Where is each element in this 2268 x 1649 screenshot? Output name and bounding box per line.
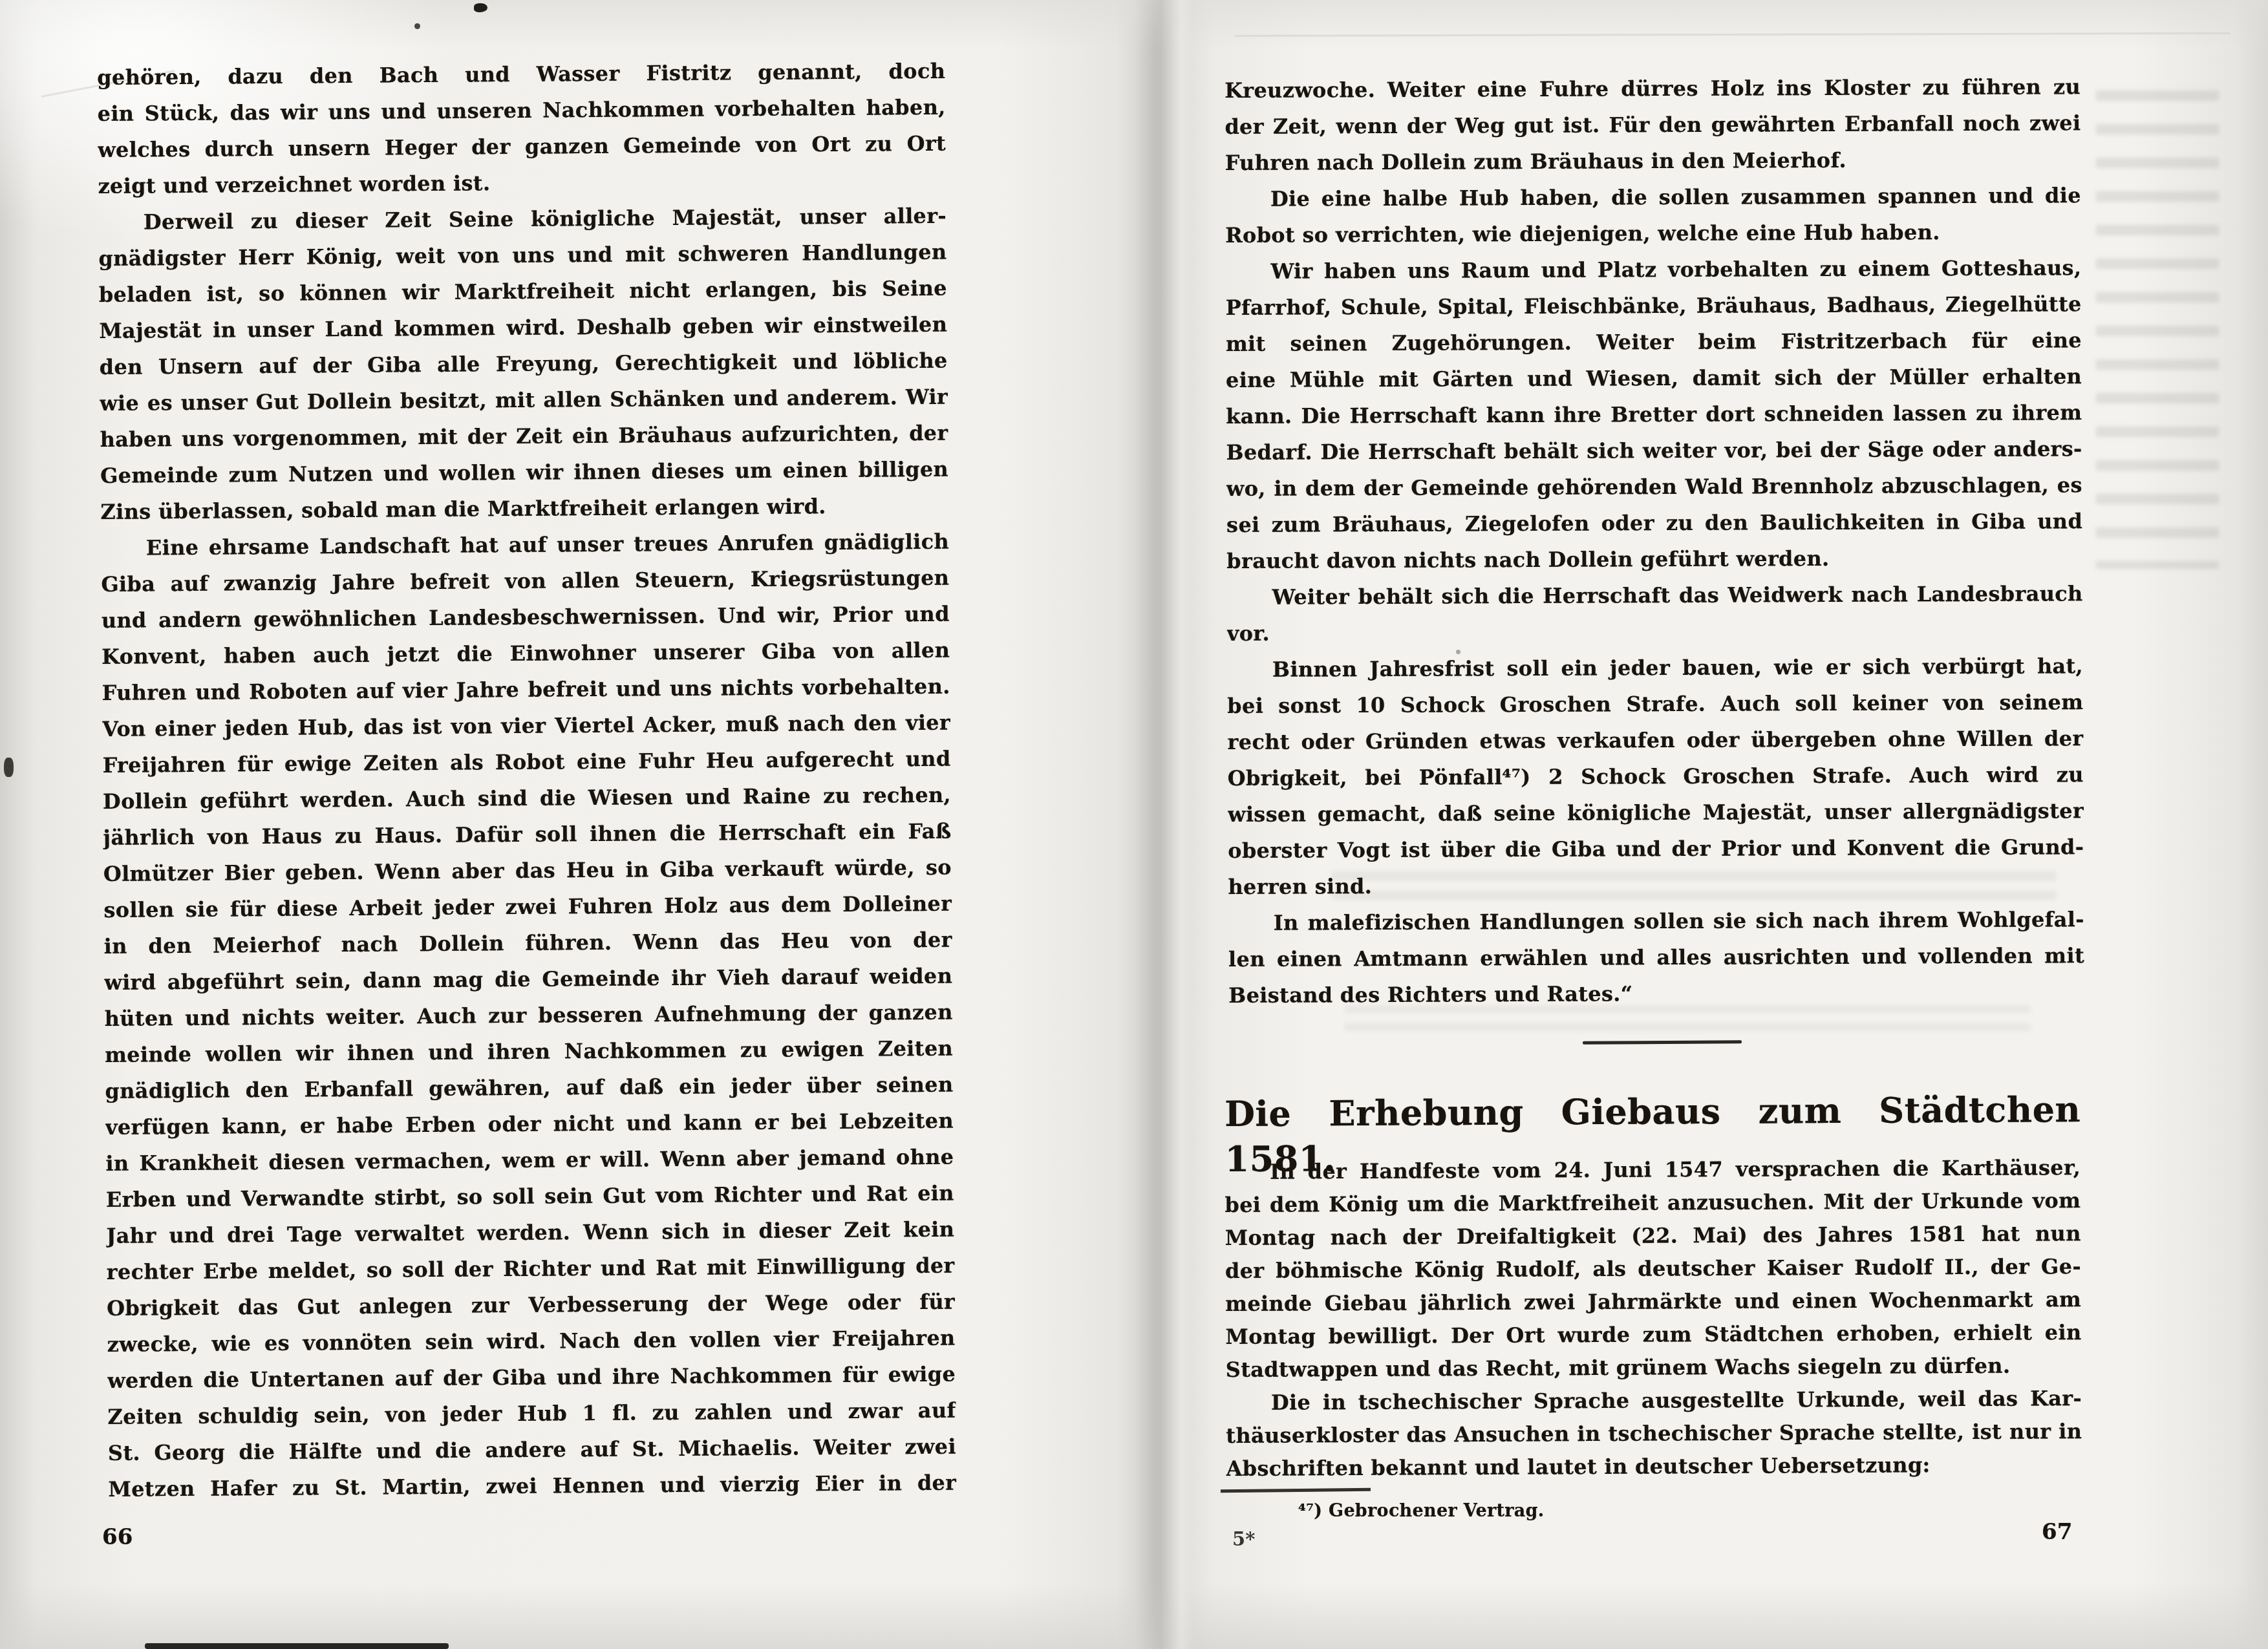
text-line: Wir haben uns Raum und Platz vorbehalten… — [1225, 250, 2081, 290]
right-page-section-text: In der Handfeste vom 24. Juni 1547 versp… — [1225, 1151, 2082, 1485]
text-line: mit seinen Zugehörungen. Weiter beim Fis… — [1226, 322, 2082, 362]
paragraph: Binnen Jahresfrist soll ein jeder bauen,… — [1227, 648, 2084, 905]
text-line: rechter Erbe meldet, so soll der Richter… — [107, 1248, 955, 1290]
text-line: welches durch unsern Heger der ganzen Ge… — [98, 125, 946, 168]
text-line: haben uns vorgenommen, mit der Zeit ein … — [100, 415, 948, 458]
book-scan: gehören, dazu den Bach und Wasser Fistri… — [0, 0, 2268, 1649]
section-divider-rule — [1583, 1040, 1742, 1045]
text-line: Beistand des Richters und Rates.“ — [1228, 973, 2084, 1014]
text-line: Bedarf. Die Herrschaft behält sich weite… — [1226, 431, 2082, 471]
text-line: vor. — [1227, 612, 2083, 652]
text-line: Giba auf zwanzig Jahre befreit von allen… — [101, 560, 949, 602]
text-line: wie es unser Gut Dollein besitzt, mit al… — [100, 379, 948, 421]
text-line: gnädiglich den Erbanfall gewähren, auf d… — [105, 1067, 953, 1109]
text-line: Metzen Hafer zu St. Martin, zwei Hennen … — [108, 1465, 956, 1507]
text-line: wissen gemacht, daß seine königliche Maj… — [1228, 793, 2084, 833]
text-line: St. Georg die Hälfte und die andere auf … — [108, 1429, 956, 1471]
ink-speck — [474, 3, 487, 12]
ink-speck — [4, 758, 14, 777]
text-line: Binnen Jahresfrist soll ein jeder bauen,… — [1227, 648, 2083, 688]
text-line: jährlich von Haus zu Haus. Dafür soll ih… — [103, 813, 951, 856]
text-line: In der Handfeste vom 24. Juni 1547 versp… — [1225, 1151, 2081, 1189]
page-fold-shadow — [1135, 0, 1193, 1649]
text-line: Die in tschechischer Sprache ausgestellt… — [1226, 1382, 2082, 1420]
text-line: Obrigkeit das Gut anlegen zur Verbesseru… — [107, 1284, 955, 1326]
text-line: In malefizischen Handlungen sollen sie s… — [1228, 901, 2084, 941]
text-line: beladen ist, so können wir Marktfreiheit… — [99, 270, 947, 313]
text-line: in Krankheit diesen vermachen, wem er wi… — [105, 1139, 954, 1182]
text-line: den Unsern auf der Giba alle Freyung, Ge… — [100, 343, 948, 385]
footnote: ⁴⁷) Gebrochener Vertrag. — [1298, 1501, 1544, 1521]
paragraph: gehören, dazu den Bach und Wasser Fistri… — [97, 53, 947, 204]
text-line: Zeiten schuldig sein, von jeder Hub 1 fl… — [107, 1392, 956, 1435]
text-line: Montag bewilligt. Der Ort wurde zum Städ… — [1225, 1316, 2081, 1354]
text-line: verfügen kann, er habe Erben oder nicht … — [105, 1103, 954, 1145]
paragraph: Wir haben uns Raum und Platz vorbehalten… — [1225, 250, 2082, 579]
text-line: Pfarrhof, Schule, Spital, Fleischbänke, … — [1225, 286, 2081, 326]
text-line: Weiter behält sich die Herrschaft das We… — [1226, 575, 2082, 615]
text-line: Die eine halbe Hub haben, die sollen zus… — [1225, 177, 2081, 217]
right-page-body-text: Kreuzwoche. Weiter eine Fuhre dürres Hol… — [1225, 69, 2084, 1014]
paragraph: In der Handfeste vom 24. Juni 1547 versp… — [1225, 1151, 2082, 1387]
text-line: in den Meierhof nach Dollein führen. Wen… — [104, 922, 952, 964]
text-line: zwecke, wie es vonnöten sein wird. Nach … — [107, 1320, 955, 1363]
text-line: Eine ehrsame Landschaft hat auf unser tr… — [101, 524, 949, 566]
text-line: Montag nach der Dreifaltigkeit (22. Mai)… — [1225, 1217, 2081, 1255]
text-line: thäuserkloster das Ansuchen in tschechis… — [1226, 1415, 2082, 1452]
scan-streak — [1235, 32, 2231, 37]
text-line: gnädigster Herr König, weit von uns und … — [98, 234, 947, 277]
text-line: recht oder Gründen etwas verkaufen oder … — [1227, 720, 2083, 760]
text-line: meinde wollen wir ihnen und ihren Nachko… — [105, 1030, 953, 1073]
text-line: oberster Vogt ist über die Giba und der … — [1228, 829, 2084, 869]
text-line: ein Stück, das wir uns und unseren Nachk… — [97, 89, 945, 132]
text-line: Gemeinde zum Nutzen und wollen wir ihnen… — [100, 451, 948, 494]
text-line: sollen sie für diese Arbeit jeder zwei F… — [103, 886, 952, 928]
text-line: Von einer jeden Hub, das ist von vier Vi… — [102, 705, 950, 747]
text-line: Majestät in unser Land kommen wird. Desh… — [99, 306, 947, 349]
paragraph: Die in tschechischer Sprache ausgestellt… — [1226, 1382, 2082, 1485]
paragraph: Die eine halbe Hub haben, die sollen zus… — [1225, 177, 2081, 253]
paragraph: Kreuzwoche. Weiter eine Fuhre dürres Hol… — [1225, 69, 2081, 181]
paragraph: Derweil zu dieser Zeit Seine königliche … — [98, 198, 949, 530]
paragraph: Eine ehrsame Landschaft hat auf unser tr… — [101, 524, 957, 1507]
ink-bleedthrough — [2096, 90, 2219, 569]
text-line: kann. Die Herrschaft kann ihre Bretter d… — [1226, 394, 2082, 434]
text-line: Robot so verrichten, wie diejenigen, wel… — [1225, 213, 2081, 253]
text-line: wird abgeführt sein, dann mag die Gemein… — [104, 958, 952, 1001]
text-line: und andern gewöhnlichen Landesbeschwerni… — [102, 596, 950, 639]
printer-signature-mark: 5* — [1232, 1528, 1255, 1550]
text-line: braucht davon nichts nach Dollein geführ… — [1226, 539, 2082, 579]
text-line: Konvent, haben auch jetzt die Einwohner … — [102, 632, 950, 675]
text-line: hüten und nichts weiter. Auch zur besser… — [104, 994, 952, 1037]
text-line: Olmützer Bier geben. Wenn aber das Heu i… — [103, 849, 952, 892]
text-line: eine Mühle mit Gärten und Wiesen, damit … — [1226, 358, 2082, 398]
text-line: bei dem König um die Marktfreiheit anzus… — [1225, 1184, 2081, 1222]
text-line: Kreuzwoche. Weiter eine Fuhre dürres Hol… — [1225, 69, 2081, 109]
text-line: meinde Giebau jährlich zwei Jahrmärkte u… — [1225, 1283, 2081, 1321]
text-line: Jahr und drei Tage verwaltet werden. Wen… — [106, 1211, 954, 1254]
text-line: herren sind. — [1228, 865, 2084, 905]
scan-edge-mark — [145, 1643, 449, 1649]
right-page-number: 67 — [2042, 1519, 2072, 1545]
text-line: Obrigkeit, bei Pönfall⁴⁷) 2 Schock Grosc… — [1228, 756, 2084, 796]
text-line: sei zum Bräuhaus, Ziegelofen oder zu den… — [1226, 503, 2082, 543]
text-line: zeigt und verzeichnet worden ist. — [98, 162, 946, 204]
paragraph: In malefizischen Handlungen sollen sie s… — [1228, 901, 2085, 1014]
text-line: Fuhren nach Dollein zum Bräuhaus in den … — [1225, 141, 2081, 181]
text-line: der Zeit, wenn der Weg gut ist. Für den … — [1225, 105, 2081, 145]
text-line: der böhmische König Rudolf, als deutsche… — [1225, 1250, 2081, 1288]
left-page-number: 66 — [102, 1524, 133, 1550]
text-line: Abschriften bekannt und lautet in deutsc… — [1226, 1448, 2082, 1485]
text-line: werden die Untertanen auf der Giba und i… — [107, 1356, 956, 1399]
ink-speck — [414, 23, 420, 29]
text-line: Derweil zu dieser Zeit Seine königliche … — [98, 198, 947, 240]
text-line: len einen Amtmann erwählen und alles aus… — [1228, 937, 2084, 977]
text-line: Zins überlassen, sobald man die Marktfre… — [100, 487, 948, 530]
text-line: gehören, dazu den Bach und Wasser Fistri… — [97, 53, 945, 96]
text-line: Fuhren und Roboten auf vier Jahre befrei… — [102, 668, 950, 711]
text-line: wo, in dem der Gemeinde gehörenden Wald … — [1226, 467, 2082, 507]
text-line: Dollein geführt werden. Auch sind die Wi… — [103, 777, 951, 820]
text-line: Stadtwappen und das Recht, mit grünem Wa… — [1226, 1349, 2082, 1387]
text-line: bei sonst 10 Schock Groschen Strafe. Auc… — [1227, 684, 2083, 724]
paragraph: Weiter behält sich die Herrschaft das We… — [1226, 575, 2082, 652]
left-page-body-text: gehören, dazu den Bach und Wasser Fistri… — [97, 53, 957, 1507]
text-line: Erben und Verwandte stirbt, so soll sein… — [106, 1175, 954, 1218]
text-line: Freijahren für ewige Zeiten als Robot ei… — [102, 741, 950, 783]
footnote-separator-rule — [1221, 1488, 1371, 1493]
